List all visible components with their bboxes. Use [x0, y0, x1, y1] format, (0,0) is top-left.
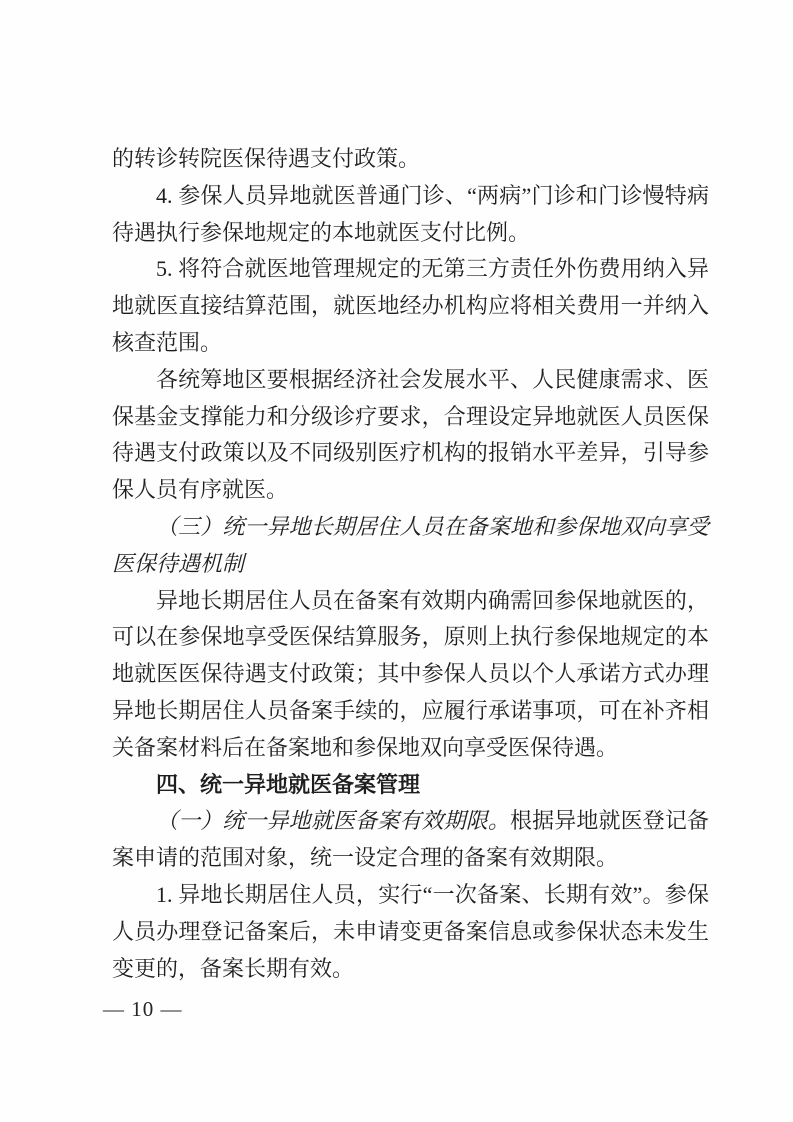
- document-body: 的转诊转院医保待遇支付政策。 4. 参保人员异地就医普通门诊、“两病”门诊和门诊…: [112, 141, 709, 987]
- paragraph-item-1-filing-validity: （一）统一异地就医备案有效期限。根据异地就医登记备案申请的范围对象，统一设定合理…: [112, 803, 709, 877]
- paragraph-coordination-areas: 各统筹地区要根据经济社会发展水平、人民健康需求、医保基金支撑能力和分级诊疗要求，…: [112, 362, 709, 509]
- paragraph-sub-item-1: 1. 异地长期居住人员，实行“一次备案、长期有效”。参保人员办理登记备案后，未申…: [112, 877, 709, 987]
- page-number: — 10 —: [103, 997, 183, 1022]
- paragraph-item-4: 4. 参保人员异地就医普通门诊、“两病”门诊和门诊慢特病待遇执行参保地规定的本地…: [112, 178, 709, 252]
- heading-section-4: 四、统一异地就医备案管理: [112, 767, 709, 804]
- paragraph-item-5: 5. 将符合就医地管理规定的无第三方责任外伤费用纳入异地就医直接结算范围，就医地…: [112, 251, 709, 361]
- paragraph-continuation: 的转诊转院医保待遇支付政策。: [112, 141, 709, 178]
- item-1-lead-heading: （一）统一异地就医备案有效期限。: [156, 808, 510, 833]
- heading-section-3: （三）统一异地长期居住人员在备案地和参保地双向享受医保待遇机制: [112, 509, 709, 583]
- paragraph-long-term-residents: 异地长期居住人员在备案有效期内确需回参保地就医的，可以在参保地享受医保结算服务，…: [112, 583, 709, 767]
- document-page: 的转诊转院医保待遇支付政策。 4. 参保人员异地就医普通门诊、“两病”门诊和门诊…: [0, 0, 793, 1122]
